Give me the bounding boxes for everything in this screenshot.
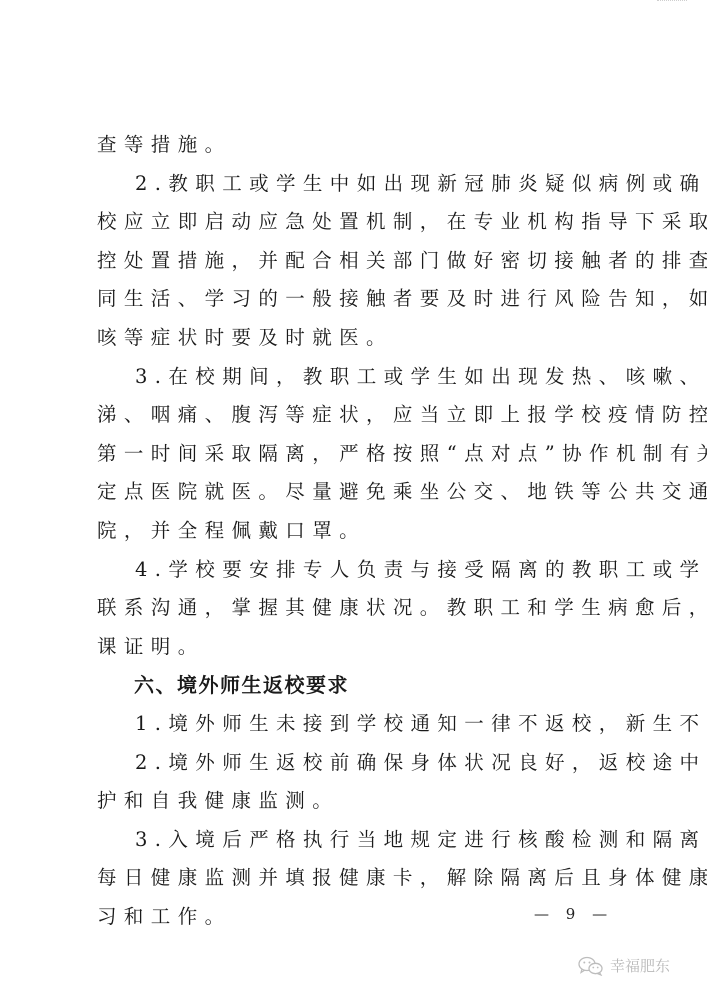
- paragraph-line: 第一时间采取隔离，严格按照“点对点”协作机制有关规定及时去: [97, 435, 619, 474]
- page-number: — 9 —: [534, 905, 613, 923]
- paragraph-line: 1.境外师生未接到学校通知一律不返校，新生不报到。: [97, 705, 619, 744]
- scan-corner-mark: [657, 0, 687, 5]
- wechat-icon: [578, 956, 604, 976]
- paragraph-line: 4.学校要安排专人负责与接受隔离的教职工或学生家长进行: [97, 551, 619, 590]
- paragraph-line: 每日健康监测并填报健康卡，解除隔离后且身体健康方可返校学: [97, 859, 619, 898]
- paragraph-line: 咳等症状时要及时就医。: [97, 319, 619, 358]
- paragraph-line: 院，并全程佩戴口罩。: [97, 512, 619, 551]
- paragraph-line: 护和自我健康监测。: [97, 782, 619, 821]
- watermark: 幸福肥东: [578, 955, 670, 976]
- paragraph-line: 课证明。: [97, 628, 619, 667]
- paragraph-line: 2.教职工或学生中如出现新冠肺炎疑似病例或确诊病例，学: [97, 165, 619, 204]
- watermark-label: 幸福肥东: [610, 955, 670, 976]
- paragraph-line: 查等措施。: [97, 126, 619, 165]
- paragraph-line: 3.在校期间，教职工或学生如出现发热、咳嗽、乏力、鼻塞、流: [97, 358, 619, 397]
- paragraph-line: 同生活、学习的一般接触者要及时进行风险告知，如出现发热、干: [97, 280, 619, 319]
- paragraph-line: 2.境外师生返校前确保身体状况良好，返校途中做好个人防: [97, 744, 619, 783]
- paragraph-line: 校应立即启动应急处置机制，在专业机构指导下采取相应疫情防: [97, 203, 619, 242]
- document-body: 查等措施。 2.教职工或学生中如出现新冠肺炎疑似病例或确诊病例，学 校应立即启动…: [97, 126, 619, 936]
- paragraph-line: 定点医院就医。尽量避免乘坐公交、地铁等公共交通工具前往医: [97, 473, 619, 512]
- paragraph-line: 涕、咽痛、腹泻等症状，应当立即上报学校疫情防控工作领导小组，: [97, 396, 619, 435]
- section-heading: 六、境外师生返校要求: [97, 666, 619, 705]
- paragraph-line: 3.入境后严格执行当地规定进行核酸检测和隔离医学观察，: [97, 821, 619, 860]
- paragraph-line: 联系沟通，掌握其健康状况。教职工和学生病愈后，返校要查验复: [97, 589, 619, 628]
- paragraph-line: 控处置措施，并配合相关部门做好密切接触者的排查管理。对共: [97, 242, 619, 281]
